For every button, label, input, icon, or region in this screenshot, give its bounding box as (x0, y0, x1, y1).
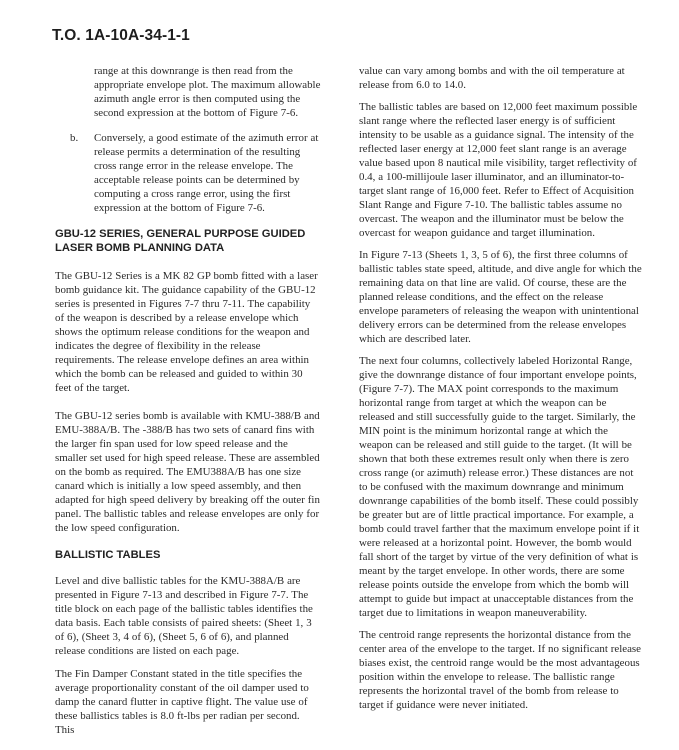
list-item-text: Conversely, a good estimate of the azimu… (94, 131, 322, 215)
heading-line-1: GBU-12 SERIES, GENERAL PURPOSE GUIDED (55, 228, 305, 240)
right-paragraph-1: value can vary among bombs and with the … (359, 64, 642, 92)
right-paragraph-3: In Figure 7-13 (Sheets 1, 3, 5 of 6), th… (359, 248, 642, 346)
fin-damper-paragraph: The Fin Damper Constant stated in the ti… (55, 667, 320, 737)
right-paragraph-4: The next four columns, collectively labe… (359, 354, 642, 620)
section-heading-ballistic-tables: BALLISTIC TABLES (55, 548, 320, 562)
gbu12-paragraph-1: The GBU-12 Series is a MK 82 GP bomb fit… (55, 269, 320, 395)
heading-line-2: LASER BOMB PLANNING DATA (55, 242, 224, 254)
right-column: value can vary among bombs and with the … (359, 64, 642, 712)
continued-paragraph: range at this downrange is then read fro… (94, 64, 322, 120)
gbu12-paragraph-2: The GBU-12 series bomb is available with… (55, 409, 320, 535)
document-number-header: T.O. 1A-10A-34-1-1 (52, 27, 190, 45)
right-paragraph-2: The ballistic tables are based on 12,000… (359, 100, 642, 240)
list-item-b: b. Conversely, a good estimate of the az… (94, 131, 322, 215)
section-heading-gbu12: GBU-12 SERIES, GENERAL PURPOSE GUIDED LA… (55, 227, 320, 255)
list-marker: b. (70, 131, 78, 145)
right-paragraph-5: The centroid range represents the horizo… (359, 628, 642, 712)
left-column: range at this downrange is then read fro… (55, 64, 320, 737)
ballistic-paragraph-1: Level and dive ballistic tables for the … (55, 574, 320, 658)
